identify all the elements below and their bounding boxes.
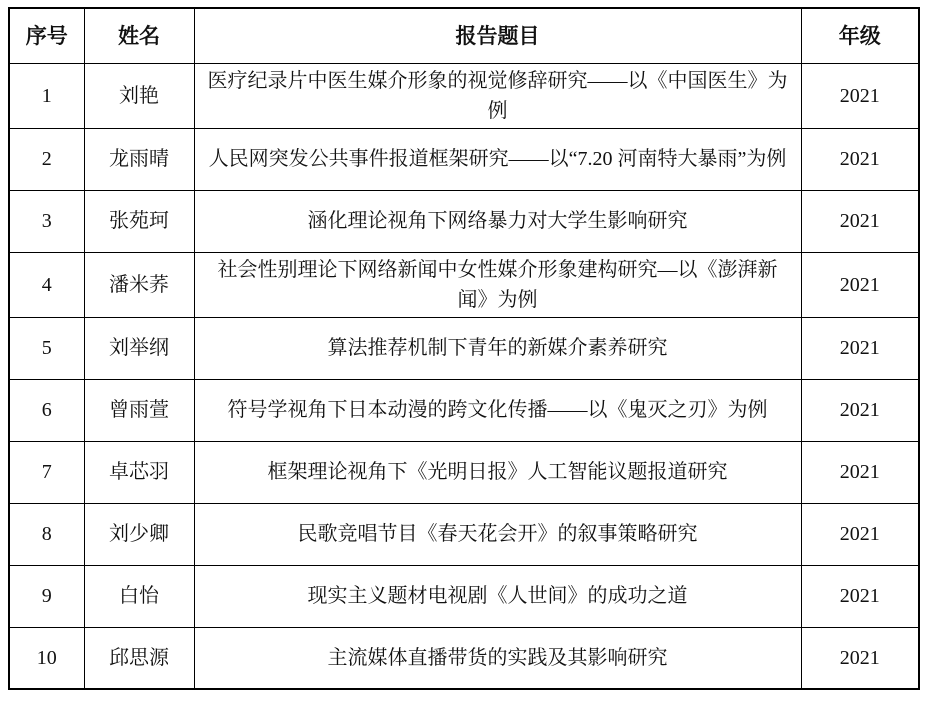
row-index-cell: 3 xyxy=(9,190,84,252)
student-name-cell: 白怡 xyxy=(84,565,194,627)
header-cell-title: 报告题目 xyxy=(194,8,801,63)
report-title-cell: 框架理论视角下《光明日报》人工智能议题报道研究 xyxy=(194,441,801,503)
table-row: 9白怡现实主义题材电视剧《人世间》的成功之道2021 xyxy=(9,565,919,627)
row-index-cell: 5 xyxy=(9,317,84,379)
report-title-cell: 现实主义题材电视剧《人世间》的成功之道 xyxy=(194,565,801,627)
student-name-cell: 邱思源 xyxy=(84,627,194,689)
table-row: 7卓芯羽框架理论视角下《光明日报》人工智能议题报道研究2021 xyxy=(9,441,919,503)
report-title-cell: 符号学视角下日本动漫的跨文化传播——以《鬼灭之刃》为例 xyxy=(194,379,801,441)
grade-cell: 2021 xyxy=(801,128,919,190)
row-index-cell: 4 xyxy=(9,252,84,317)
row-index-cell: 8 xyxy=(9,503,84,565)
header-cell-index: 序号 xyxy=(9,8,84,63)
row-index-cell: 10 xyxy=(9,627,84,689)
report-title-cell: 算法推荐机制下青年的新媒介素养研究 xyxy=(194,317,801,379)
header-cell-grade: 年级 xyxy=(801,8,919,63)
report-table-body: 1刘艳医疗纪录片中医生媒介形象的视觉修辞研究——以《中国医生》为例20212龙雨… xyxy=(9,63,919,689)
report-title-cell: 社会性别理论下网络新闻中女性媒介形象建构研究—以《澎湃新闻》为例 xyxy=(194,252,801,317)
grade-cell: 2021 xyxy=(801,63,919,128)
row-index-cell: 6 xyxy=(9,379,84,441)
header-row: 序号 姓名 报告题目 年级 xyxy=(9,8,919,63)
table-header: 序号 姓名 报告题目 年级 xyxy=(9,8,919,63)
table-row: 1刘艳医疗纪录片中医生媒介形象的视觉修辞研究——以《中国医生》为例2021 xyxy=(9,63,919,128)
row-index-cell: 1 xyxy=(9,63,84,128)
report-title-cell: 主流媒体直播带货的实践及其影响研究 xyxy=(194,627,801,689)
student-name-cell: 刘艳 xyxy=(84,63,194,128)
report-title-cell: 涵化理论视角下网络暴力对大学生影响研究 xyxy=(194,190,801,252)
report-title-cell: 民歌竞唱节目《春天花会开》的叙事策略研究 xyxy=(194,503,801,565)
student-name-cell: 潘米荞 xyxy=(84,252,194,317)
student-name-cell: 卓芯羽 xyxy=(84,441,194,503)
grade-cell: 2021 xyxy=(801,190,919,252)
student-name-cell: 张苑珂 xyxy=(84,190,194,252)
grade-cell: 2021 xyxy=(801,317,919,379)
header-cell-name: 姓名 xyxy=(84,8,194,63)
row-index-cell: 9 xyxy=(9,565,84,627)
grade-cell: 2021 xyxy=(801,627,919,689)
report-title-cell: 人民网突发公共事件报道框架研究——以“7.20 河南特大暴雨”为例 xyxy=(194,128,801,190)
row-index-cell: 7 xyxy=(9,441,84,503)
table-row: 4潘米荞社会性别理论下网络新闻中女性媒介形象建构研究—以《澎湃新闻》为例2021 xyxy=(9,252,919,317)
student-name-cell: 曾雨萱 xyxy=(84,379,194,441)
table-row: 3张苑珂涵化理论视角下网络暴力对大学生影响研究2021 xyxy=(9,190,919,252)
grade-cell: 2021 xyxy=(801,565,919,627)
document-page: 序号 姓名 报告题目 年级 1刘艳医疗纪录片中医生媒介形象的视觉修辞研究——以《… xyxy=(0,0,925,701)
table-row: 5刘举纲算法推荐机制下青年的新媒介素养研究2021 xyxy=(9,317,919,379)
grade-cell: 2021 xyxy=(801,441,919,503)
table-row: 10邱思源主流媒体直播带货的实践及其影响研究2021 xyxy=(9,627,919,689)
student-name-cell: 龙雨晴 xyxy=(84,128,194,190)
table-row: 6曾雨萱符号学视角下日本动漫的跨文化传播——以《鬼灭之刃》为例2021 xyxy=(9,379,919,441)
table-row: 2龙雨晴人民网突发公共事件报道框架研究——以“7.20 河南特大暴雨”为例202… xyxy=(9,128,919,190)
student-name-cell: 刘举纲 xyxy=(84,317,194,379)
report-title-cell: 医疗纪录片中医生媒介形象的视觉修辞研究——以《中国医生》为例 xyxy=(194,63,801,128)
report-title-table: 序号 姓名 报告题目 年级 1刘艳医疗纪录片中医生媒介形象的视觉修辞研究——以《… xyxy=(8,7,920,690)
row-index-cell: 2 xyxy=(9,128,84,190)
grade-cell: 2021 xyxy=(801,252,919,317)
student-name-cell: 刘少卿 xyxy=(84,503,194,565)
grade-cell: 2021 xyxy=(801,379,919,441)
grade-cell: 2021 xyxy=(801,503,919,565)
table-row: 8刘少卿民歌竞唱节目《春天花会开》的叙事策略研究2021 xyxy=(9,503,919,565)
